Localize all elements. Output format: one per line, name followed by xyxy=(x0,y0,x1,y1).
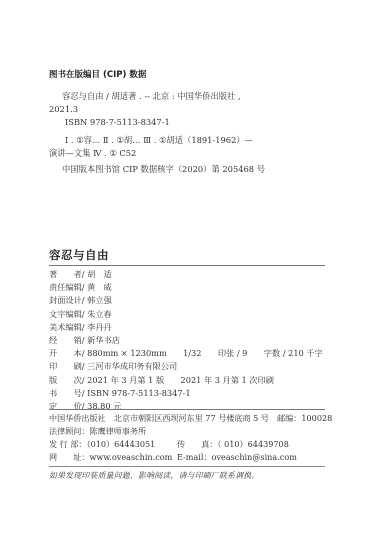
credit-value: / 李丹丹 xyxy=(82,322,112,332)
distribution-phone: （010）64443051 xyxy=(87,439,156,449)
contact-row-web: 网 址：www.oveaschin.com E-mail：oveaschin@s… xyxy=(49,451,332,464)
credit-label: 著 者 xyxy=(49,269,82,279)
cip-line-classification: Ⅰ . ①容… Ⅱ . ①胡… Ⅲ . ①胡适（1891-1962）— xyxy=(65,135,253,145)
credit-row: 印 刷/ 三河市华成印务有限公司 xyxy=(49,360,323,373)
publisher-address: 中国华侨出版社 北京市朝阳区西坝河东里 77 号楼底商 5 号 邮编：10002… xyxy=(49,412,332,425)
credit-value: / 2021 年 3 月第 1 版 2021 年 3 月第 1 次印刷 xyxy=(82,375,274,385)
fax-number: （ 010）64439708 xyxy=(217,439,288,449)
credit-label: 责任编辑 xyxy=(49,282,82,292)
legal-counsel: 法律顾问：陈鹰律师事务所 xyxy=(49,425,332,438)
credit-row: 封面设计/ 韩立强 xyxy=(49,294,323,307)
credit-value: / 黄 威 xyxy=(82,282,112,292)
credit-value: / 新华书店 xyxy=(82,335,120,345)
title-divider xyxy=(49,265,325,266)
cip-line-title: 容忍与自由 / 胡适著 . -- 北京 : 中国华侨出版社 , xyxy=(62,91,241,101)
distribution-label: 发 行 部： xyxy=(49,439,87,449)
credit-value: / 三河市华成印务有限公司 xyxy=(82,361,177,371)
credit-row: 书 号/ ISBN 978-7-5113-8347-1 xyxy=(49,387,323,400)
email-address[interactable]: oveaschin@sina.com xyxy=(212,452,297,462)
credit-label: 版 次 xyxy=(49,375,82,385)
credit-row: 开 本/ 880mm × 1230mm 1/32 印张 / 9 字数 / 210… xyxy=(49,347,323,360)
credit-label: 文字编辑 xyxy=(49,309,82,319)
credit-label: 书 号 xyxy=(49,388,82,398)
credit-row: 著 者/ 胡 适 xyxy=(49,268,323,281)
contact-row-phone: 发 行 部：（010）64443051 传 真：（ 010）64439708 xyxy=(49,438,332,451)
website-url[interactable]: www.oveaschin.com xyxy=(89,452,172,462)
credit-value: / ISBN 978-7-5113-8347-1 xyxy=(82,388,191,398)
credit-label: 封面设计 xyxy=(49,295,82,305)
credit-row: 文字编辑/ 朱立春 xyxy=(49,308,323,321)
cip-line-isbn: ISBN 978-7-5113-8347-1 xyxy=(65,117,170,127)
credit-row: 版 次/ 2021 年 3 月第 1 版 2021 年 3 月第 1 次印刷 xyxy=(49,374,323,387)
publisher-divider xyxy=(49,466,325,467)
credit-row: 美术编辑/ 李丹丹 xyxy=(49,321,323,334)
credit-value: / 胡 适 xyxy=(82,269,112,279)
credit-row: 经 销/ 新华书店 xyxy=(49,334,323,347)
credit-label: 美术编辑 xyxy=(49,322,82,332)
website-label: 网 址： xyxy=(49,452,89,462)
publisher-info: 中国华侨出版社 北京市朝阳区西坝河东里 77 号楼底商 5 号 邮编：10002… xyxy=(49,412,332,464)
cip-heading: 图书在版编目 (CIP) 数据 xyxy=(49,68,146,80)
book-title: 容忍与自由 xyxy=(49,247,109,263)
credit-value: / 880mm × 1230mm 1/32 印张 / 9 字数 / 210 千字 xyxy=(82,348,323,358)
cip-line-date: 2021.3 xyxy=(49,104,78,114)
credits-list: 著 者/ 胡 适 责任编辑/ 黄 威 封面设计/ 韩立强 文字编辑/ 朱立春 美… xyxy=(49,268,323,413)
cip-line-classification-cont: 演讲—文集 Ⅳ . ① C52 xyxy=(49,148,136,158)
credit-value: / 韩立强 xyxy=(82,295,112,305)
credit-label: 印 刷 xyxy=(49,361,82,371)
credit-row: 责任编辑/ 黄 威 xyxy=(49,281,323,294)
credit-value: / 朱立春 xyxy=(82,309,112,319)
credit-label: 开 本 xyxy=(49,348,82,358)
email-group: E-mail：oveaschin@sina.com xyxy=(177,451,297,464)
credits-divider xyxy=(49,409,325,410)
cip-line-record: 中国版本图书馆 CIP 数据核字（2020）第 205468 号 xyxy=(62,164,265,174)
fax-group: 传 真：（ 010）64439708 xyxy=(177,438,289,451)
fax-label: 传 真： xyxy=(177,439,217,449)
email-label: E-mail： xyxy=(177,452,212,462)
quality-notice: 如果发现印装质量问题，影响阅读，请与印刷厂联系调换。 xyxy=(49,470,260,481)
credit-label: 经 销 xyxy=(49,335,82,345)
